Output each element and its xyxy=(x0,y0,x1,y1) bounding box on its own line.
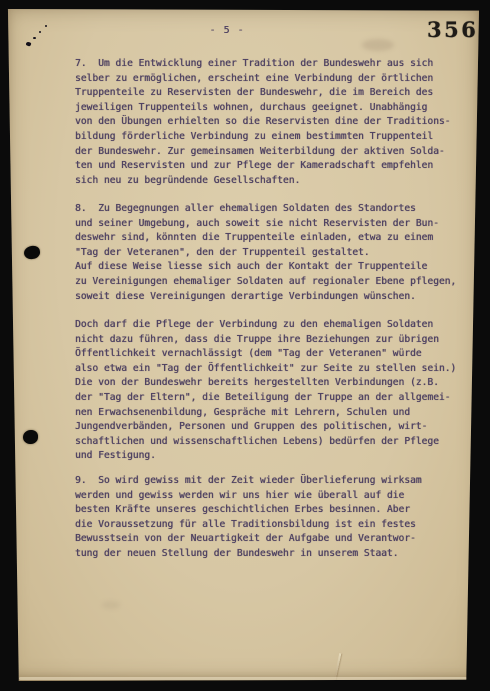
paragraph-8: 8. Zu Begegnungen aller ehemaligen Solda… xyxy=(75,202,467,304)
paper-stain xyxy=(362,39,394,51)
text-line: der Bundeswehr. Zur gemeinsamen Weiterbi… xyxy=(75,145,467,160)
ink-speck xyxy=(33,37,36,39)
paragraph-8-continuation: Doch darf die Pflege der Verbindung zu d… xyxy=(75,318,467,464)
text-line: der "Tag der Eltern", die Beteiligung de… xyxy=(75,391,467,406)
text-line: besten Kräfte unseres geschichtlichen Er… xyxy=(75,503,467,518)
text-line: Bewusstsein von der Neuartigkeit der Auf… xyxy=(75,532,467,547)
text-line: 7. Um die Entwicklung einer Tradition de… xyxy=(75,57,467,72)
text-line: die Voraussetzung für alle Traditionsbil… xyxy=(75,518,467,533)
text-line: also etwa ein "Tag der Öffentlichkeit" z… xyxy=(75,362,467,377)
page-number: - 5 - xyxy=(177,25,277,36)
ink-speck xyxy=(25,41,31,46)
text-line: Die von der Bundeswehr bereits hergestel… xyxy=(75,376,467,391)
text-line: zu Vereinigungen ehemaliger Soldaten auf… xyxy=(75,275,467,290)
ink-speck xyxy=(45,25,47,27)
text-line: schaftlichen und wissenschaftlichen Lebe… xyxy=(75,435,467,450)
ink-speck xyxy=(39,31,41,33)
text-line: deswehr sind, könnten die Truppenteile e… xyxy=(75,231,467,246)
text-line: nicht dazu führen, dass die Truppe ihre … xyxy=(75,333,467,348)
text-line: nen Erwachsenenbildung, Gespräche mit Le… xyxy=(75,406,467,421)
paper-crease xyxy=(333,653,342,685)
document-page: 356 - 5 - 7. Um die Entwicklung einer Tr… xyxy=(7,9,479,681)
text-line: 9. So wird gewiss mit der Zeit wieder Üb… xyxy=(75,474,467,489)
text-line: sich neu zu begründende Gesellschaften. xyxy=(75,174,467,189)
text-line: Jungendverbänden, Personen und Gruppen d… xyxy=(75,420,467,435)
hole-punch-top xyxy=(23,245,41,260)
page-bottom-edge xyxy=(19,677,467,680)
text-line: 8. Zu Begegnungen aller ehemaligen Solda… xyxy=(75,202,467,217)
text-line: "Tag der Veteranen", den der Truppenteil… xyxy=(75,246,467,261)
text-line: werden und gewiss werden wir uns hier wi… xyxy=(75,489,467,504)
folio-stamp-number: 356 xyxy=(427,17,478,42)
text-line: Auf diese Weise liesse sich auch der Kon… xyxy=(75,260,467,275)
text-line: und seiner Umgebung, auch soweit sie nic… xyxy=(75,217,467,232)
hole-punch-bottom xyxy=(23,430,38,444)
paragraph-7: 7. Um die Entwicklung einer Tradition de… xyxy=(75,57,467,188)
paragraph-9: 9. So wird gewiss mit der Zeit wieder Üb… xyxy=(75,474,467,562)
paper-stain xyxy=(102,601,120,609)
text-line: bildung förderliche Verbindung zu einem … xyxy=(75,130,467,145)
text-line: von den Übungen erhielten so die Reservi… xyxy=(75,115,467,130)
text-line: und Festigung. xyxy=(75,449,467,464)
text-line: soweit diese Vereinigungen derartige Ver… xyxy=(75,290,467,305)
scan-background: 356 - 5 - 7. Um die Entwicklung einer Tr… xyxy=(0,0,490,691)
text-line: tung der neuen Stellung der Bundeswehr i… xyxy=(75,547,467,562)
text-line: Doch darf die Pflege der Verbindung zu d… xyxy=(75,318,467,333)
text-line: jeweiligen Truppenteils wohnen, durchaus… xyxy=(75,101,467,116)
text-line: Truppenteile zu Reservisten der Bundeswe… xyxy=(75,86,467,101)
text-line: ten und Reservisten und zur Pflege der K… xyxy=(75,159,467,174)
text-line: selber zu ermöglichen, erscheint eine Ve… xyxy=(75,72,467,87)
text-line: Öffentlichkeit vernachlässigt (dem "Tag … xyxy=(75,347,467,362)
